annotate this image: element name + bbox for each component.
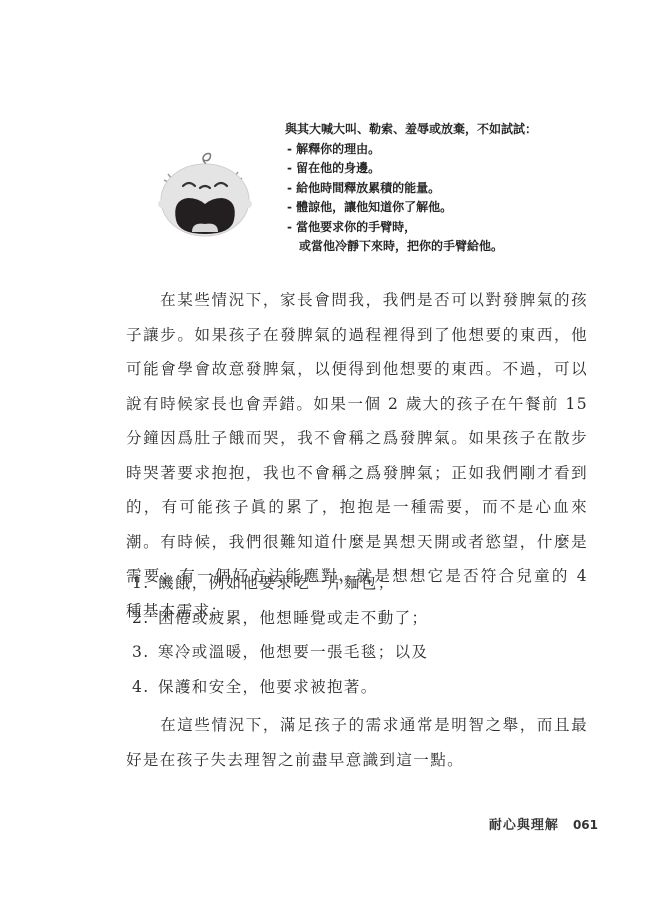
list-text: 保護和安全，他要求被抱著。 xyxy=(158,670,378,705)
list-text: 寒冷或溫暖，他想要一張毛毯；以及 xyxy=(158,635,428,670)
list-item: 1. 饑餓，例如他要求吃一片麵包； xyxy=(126,566,588,601)
tip-item: - 留在他的身邊。 xyxy=(285,159,605,179)
tip-heading: 與其大喊大叫、勒索、羞辱或放棄，不如試試： xyxy=(285,120,605,140)
list-text: 困倦或疲累，他想睡覺或走不動了； xyxy=(158,601,428,636)
crying-baby-icon xyxy=(150,138,260,238)
list-item: 3. 寒冷或溫暖，他想要一張毛毯；以及 xyxy=(126,635,588,670)
list-number: 3. xyxy=(126,635,158,670)
list-number: 4. xyxy=(126,670,158,705)
needs-list: 1. 饑餓，例如他要求吃一片麵包； 2. 困倦或疲累，他想睡覺或走不動了； 3.… xyxy=(126,566,588,704)
list-item: 2. 困倦或疲累，他想睡覺或走不動了； xyxy=(126,601,588,636)
tip-item: - 體諒他，讓他知道你了解他。 xyxy=(285,198,605,218)
tip-text: 與其大喊大叫、勒索、羞辱或放棄，不如試試： - 解釋你的理由。 - 留在他的身邊… xyxy=(285,120,605,257)
list-item: 4. 保護和安全，他要求被抱著。 xyxy=(126,670,588,705)
page-footer: 耐心與理解 061 xyxy=(489,814,598,833)
tip-item: - 當他要求你的手臂時， xyxy=(285,218,605,238)
tip-box: 與其大喊大叫、勒索、羞辱或放棄，不如試試： - 解釋你的理由。 - 留在他的身邊… xyxy=(150,118,590,248)
paragraph: 在這些情況下，滿足孩子的需求通常是明智之舉，而且最好是在孩子失去理智之前盡早意識… xyxy=(126,708,588,777)
page-number: 061 xyxy=(573,818,598,832)
tip-item: - 解釋你的理由。 xyxy=(285,140,605,160)
tip-item-continuation: 或當他冷靜下來時，把你的手臂給他。 xyxy=(285,237,605,257)
list-text: 饑餓，例如他要求吃一片麵包； xyxy=(158,566,395,601)
list-number: 2. xyxy=(126,601,158,636)
chapter-title: 耐心與理解 xyxy=(489,814,559,833)
list-number: 1. xyxy=(126,566,158,601)
tip-item: - 給他時間釋放累積的能量。 xyxy=(285,179,605,199)
